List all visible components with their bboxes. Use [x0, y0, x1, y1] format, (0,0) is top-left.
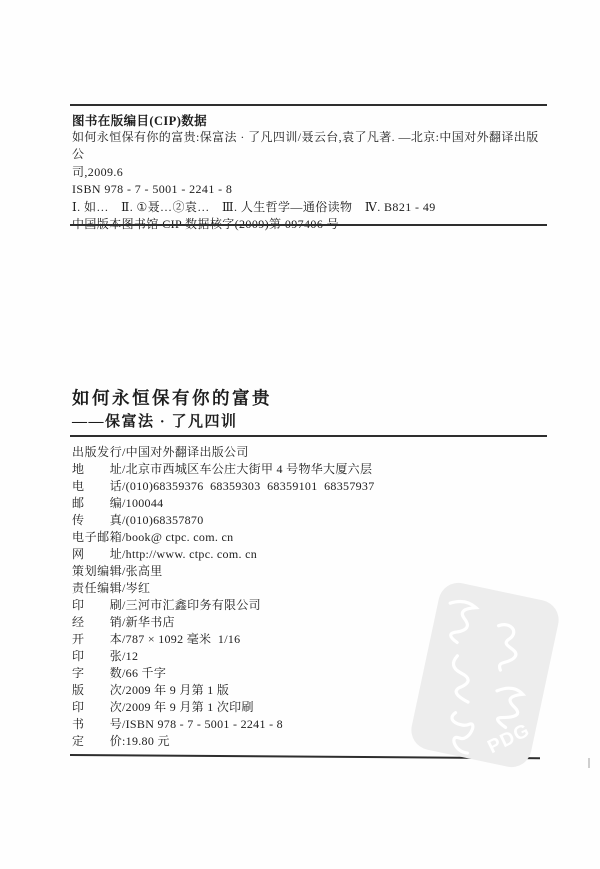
colophon-row-phone: 电话/(010)68359376 68359303 68359101 68357…: [72, 478, 550, 495]
colophon-label: 印张: [72, 648, 122, 665]
colophon-row-fax: 传真/(010)68357870: [72, 512, 550, 529]
colophon-label: 邮编: [72, 495, 122, 512]
book-colophon-page: 图书在版编目(CIP)数据 如何永恒保有你的富贵:保富法 · 了凡四训/聂云台,…: [0, 0, 600, 869]
colophon-value: 100044: [126, 496, 164, 510]
divider-cip-bottom: [70, 224, 547, 226]
colophon-label: 经销: [72, 614, 122, 631]
colophon-value: 张高里: [126, 564, 163, 578]
colophon-label: 责任编辑: [72, 580, 122, 597]
colophon-label: 印次: [72, 699, 122, 716]
colophon-value: 12: [126, 649, 139, 663]
scan-speck: [588, 758, 590, 768]
colophon-label: 网址: [72, 546, 122, 563]
colophon-row-planning-editor: 策划编辑/张高里: [72, 563, 550, 580]
colophon-label: 地址: [72, 461, 122, 478]
colophon-value: http://www. ctpc. com. cn: [126, 547, 257, 561]
colophon-value: 北京市西城区车公庄大街甲 4 号物华大厦六层: [126, 462, 373, 476]
colophon-value: 新华书店: [126, 615, 175, 629]
colophon-value: 2009 年 9 月第 1 版: [126, 683, 230, 697]
colophon-label: 版次: [72, 682, 122, 699]
colophon-value: 2009 年 9 月第 1 次印刷: [126, 700, 254, 714]
cip-heading: 图书在版编目(CIP)数据: [72, 113, 550, 129]
colophon-value: ISBN 978 - 7 - 5001 - 2241 - 8: [126, 717, 283, 731]
colophon-label: 电子邮箱: [72, 529, 122, 546]
colophon-label: 书号: [72, 716, 122, 733]
colophon-value: 787 × 1092 毫米 1/16: [126, 632, 241, 646]
divider-title-bottom: [70, 435, 547, 437]
colophon-row-publisher: 出版发行/中国对外翻译出版公司: [72, 444, 550, 461]
colophon-row-address: 地址/北京市西城区车公庄大街甲 4 号物华大厦六层: [72, 461, 550, 478]
colophon-row-postcode: 邮编/100044: [72, 495, 550, 512]
colophon-value: (010)68357870: [126, 513, 204, 527]
colophon-label: 字数: [72, 665, 122, 682]
colophon-label: 策划编辑: [72, 563, 122, 580]
cip-line: Ⅰ. 如… Ⅱ. ①聂…②袁… Ⅲ. 人生哲学—通俗读物 Ⅳ. B821 - 4…: [72, 199, 550, 216]
cip-line: ISBN 978 - 7 - 5001 - 2241 - 8: [72, 181, 550, 198]
cip-line: 如何永恒保有你的富贵:保富法 · 了凡四训/聂云台,袁了凡著. —北京:中国对外…: [72, 129, 550, 164]
divider-top: [70, 104, 547, 106]
colophon-value: 三河市汇鑫印务有限公司: [126, 598, 261, 612]
book-subtitle: ——保富法 · 了凡四训: [72, 410, 238, 431]
colophon-value: (010)68359376 68359303 68359101 68357937: [126, 479, 375, 493]
colophon-value: 岑红: [126, 581, 151, 595]
colophon-label: 定价: [72, 733, 122, 750]
colophon-label: 印刷: [72, 597, 122, 614]
colophon-value: 19.80 元: [126, 734, 170, 748]
colophon-row-email: 电子邮箱/book@ ctpc. com. cn: [72, 529, 550, 546]
colophon-value: 66 千字: [126, 666, 167, 680]
colophon-label: 电话: [72, 478, 122, 495]
book-title: 如何永恒保有你的富贵: [72, 385, 272, 410]
cip-block: 图书在版编目(CIP)数据 如何永恒保有你的富贵:保富法 · 了凡四训/聂云台,…: [72, 113, 550, 233]
colophon-label: 出版发行: [72, 444, 122, 461]
colophon-label: 传真: [72, 512, 122, 529]
cip-line: 司,2009.6: [72, 164, 550, 181]
colophon-row-website: 网址/http://www. ctpc. com. cn: [72, 546, 550, 563]
colophon-label: 开本: [72, 631, 122, 648]
colophon-value: 中国对外翻译出版公司: [126, 445, 249, 459]
colophon-value: book@ ctpc. com. cn: [126, 530, 234, 544]
